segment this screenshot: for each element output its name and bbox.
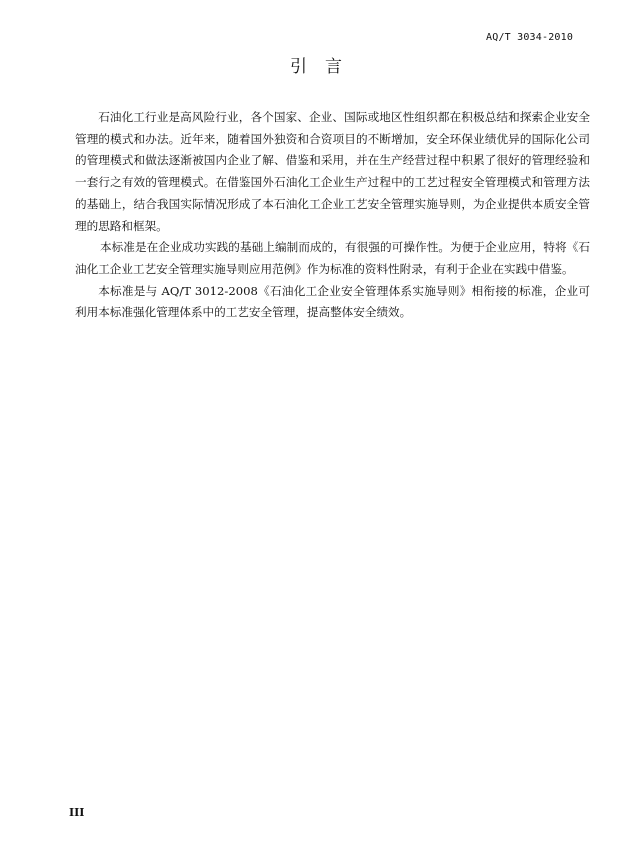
document-body: 石油化工行业是高风险行业，各个国家、企业、国际或地区性组织都在积极总结和探索企业…: [75, 107, 590, 324]
paragraph-1: 石油化工行业是高风险行业，各个国家、企业、国际或地区性组织都在积极总结和探索企业…: [75, 107, 590, 237]
paragraph-3: 本标准是与 AQ/T 3012-2008《石油化工企业安全管理体系实施导则》相衔…: [75, 281, 590, 324]
page-number: III: [69, 806, 84, 819]
standard-code: AQ/T 3034-2010: [486, 32, 573, 43]
page-title: 引言: [0, 52, 632, 77]
paragraph-2: 本标准是在企业成功实践的基础上编制而成的，有很强的可操作性。为便于企业应用，特将…: [75, 237, 590, 280]
